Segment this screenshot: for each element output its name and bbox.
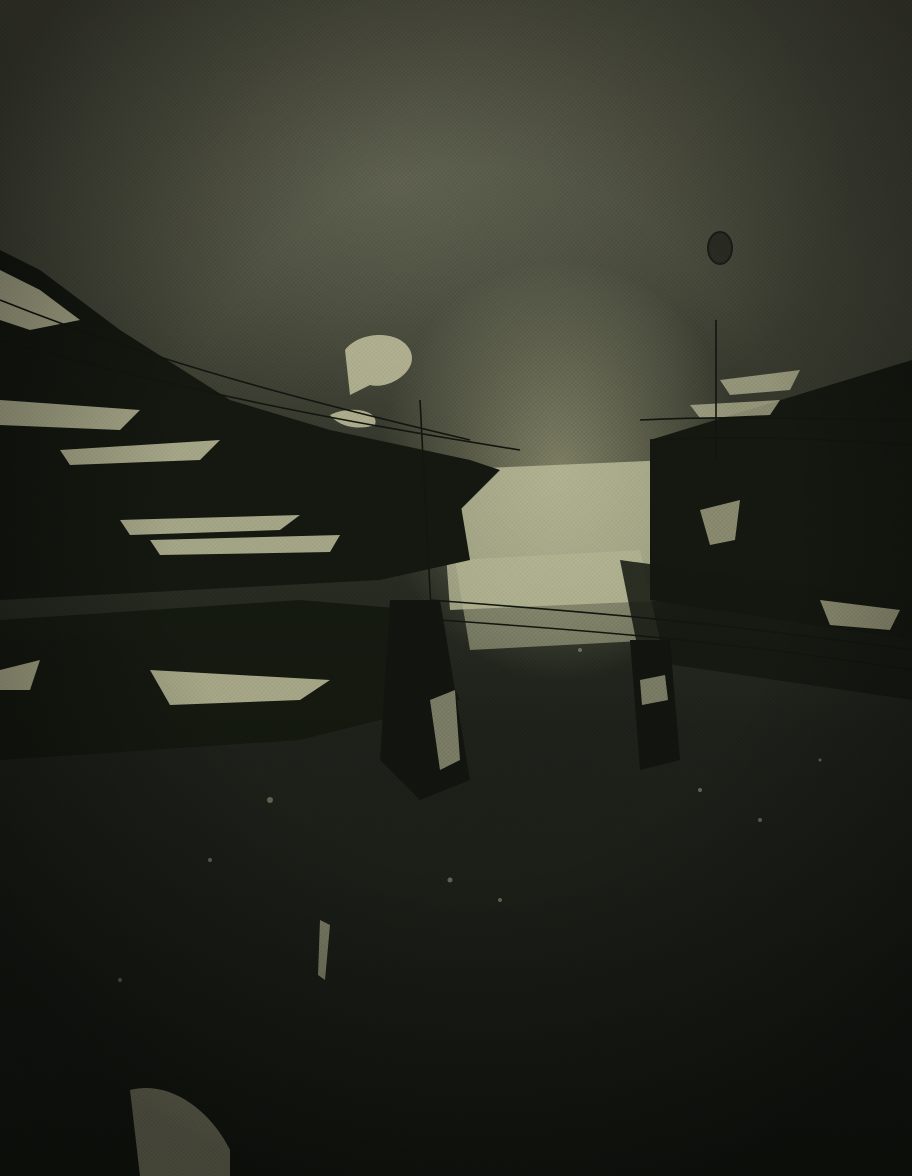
etching-scene (0, 0, 912, 1176)
etching-artwork (0, 0, 912, 1176)
moon-spot (708, 232, 732, 264)
